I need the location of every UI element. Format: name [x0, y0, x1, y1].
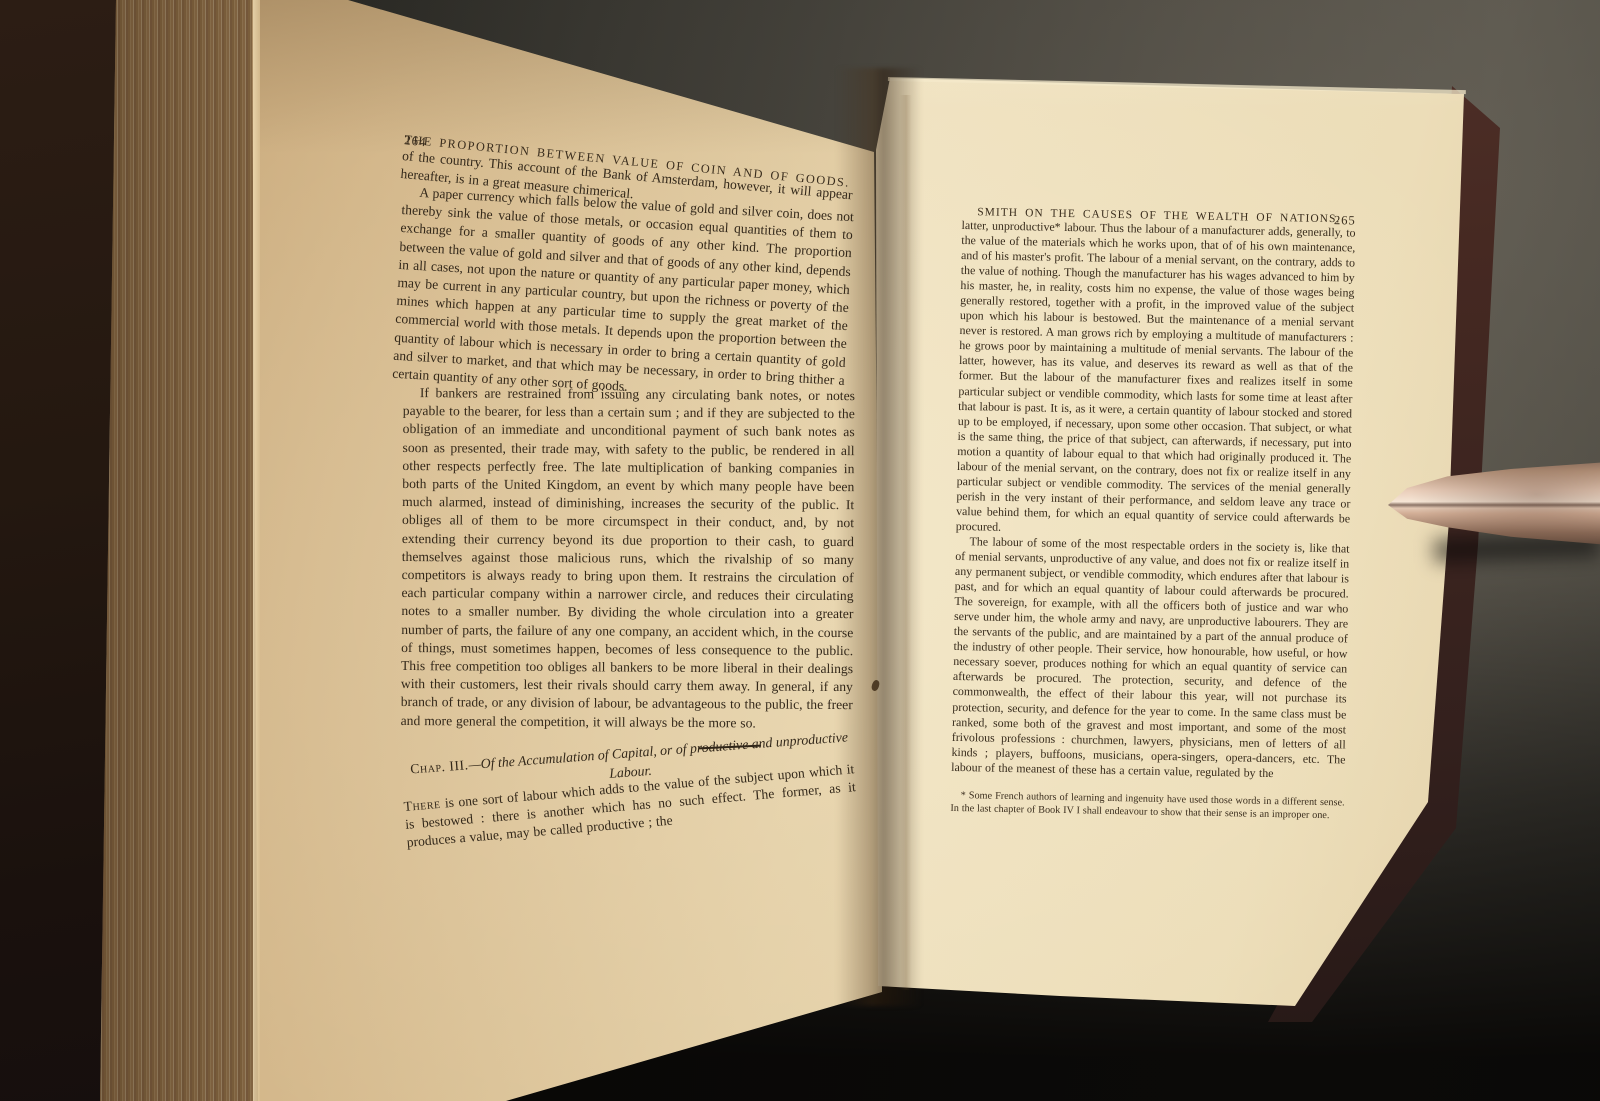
chapter-number-label: Chap. III. — [410, 757, 469, 776]
left-page-edge-highlight — [253, 0, 260, 1101]
paragraph-respectable-orders: The labour of some of the most respectab… — [951, 534, 1350, 782]
paragraph-unproductive-labour: latter, unproductive* labour. Thus the l… — [956, 218, 1356, 541]
left-page-text-column: 264 THE PROPORTION BETWEEN VALUE OF COIN… — [403, 132, 855, 852]
paragraph-paper-currency: A paper currency which falls below the v… — [392, 183, 854, 408]
paragraph-bankers-restrained: If bankers are restrained from issuing a… — [401, 384, 855, 733]
right-page-number: 265 — [1334, 213, 1356, 228]
chapter-lead-word: There — [403, 795, 441, 813]
right-page-text-column: SMITH ON THE CAUSES OF THE WEALTH OF NAT… — [950, 206, 1356, 823]
